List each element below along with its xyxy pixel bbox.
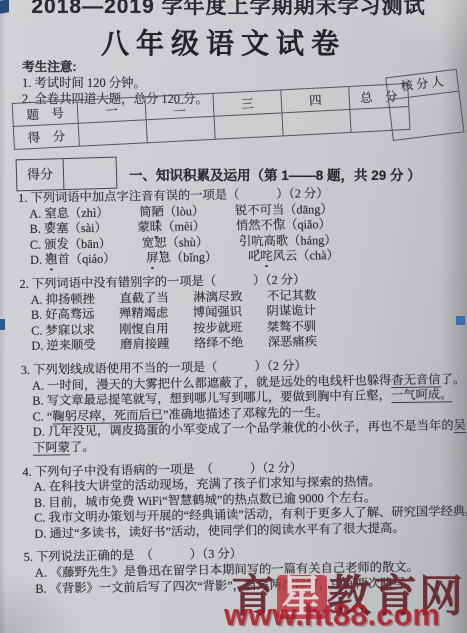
question-1: 1. 下列词语中加点字注音有误的一项是（ ）（2 分） A. 窒息（zhì） 简… [18, 184, 464, 269]
notice-heading: 考生注意: [22, 59, 208, 75]
question-5: 5. 下列说法正确的是 （ ）（3 分） A. 《藤野先生》是鲁迅在留学日本期间… [24, 543, 467, 597]
exam-paper: 2018—2019 学年度上学期期末学习测试 八年级语文试卷 考生注意: 1. … [0, 0, 467, 633]
column-four: 四 [281, 86, 350, 112]
section-score-cell [63, 157, 118, 190]
score-checker-box: 核 分 人 [385, 69, 464, 141]
score-cell [78, 120, 147, 146]
score-cell [146, 116, 215, 142]
exam-session-title: 2018—2019 学年度上学期期末学习测试 [0, 0, 457, 20]
exam-paper-title: 八年级语文试卷 [0, 22, 447, 62]
photo-background-corner-mark [0, 0, 9, 14]
photo-of-exam-paper: 2018—2019 学年度上学期期末学习测试 八年级语文试卷 考生注意: 1. … [0, 0, 467, 633]
score-checker-cell [388, 92, 464, 141]
section-score-label: 得分 [16, 158, 64, 191]
notice-item-1: 1. 考试时间 120 分钟。 [22, 75, 208, 91]
section-score-box: 得分 [16, 157, 118, 192]
photo-background-left-mark [0, 319, 5, 330]
column-three: 三 [213, 90, 282, 116]
photo-background-right-mark [456, 316, 465, 325]
questions: 1. 下列词语中加点字注音有误的一项是（ ）（2 分） A. 窒息（zhì） 简… [18, 184, 467, 597]
score-cell [214, 113, 283, 139]
column-one: 一 [77, 97, 146, 123]
option-d: D. 几年没见，调皮捣蛋的小军变成了一个品学兼优的小伙子，再也不是当年的吴下阿蒙… [33, 418, 467, 456]
score-cell [282, 109, 351, 135]
question-4: 4. 下列句子中没有语病的一项是 （ ）（2 分） A. 在科技大讲堂的活动现场… [22, 457, 467, 542]
score-row-label: 得 分 [13, 123, 79, 149]
watermark-url: www.ht88.com [224, 597, 440, 633]
question-3: 3. 下列划线成语使用不当的一项是（ ）（2 分） A. 一时间，漫天的大雾把什… [21, 356, 467, 457]
question-2: 2. 下列词语中没有错别字的一项是（ ）（2 分） A. 抑扬顿挫 直截了当 淋… [19, 270, 465, 355]
question-number-label: 题 号 [12, 100, 78, 126]
section-title: 一、知识积累及运用（第 1——8 题，共 29 分 ） [129, 164, 459, 184]
